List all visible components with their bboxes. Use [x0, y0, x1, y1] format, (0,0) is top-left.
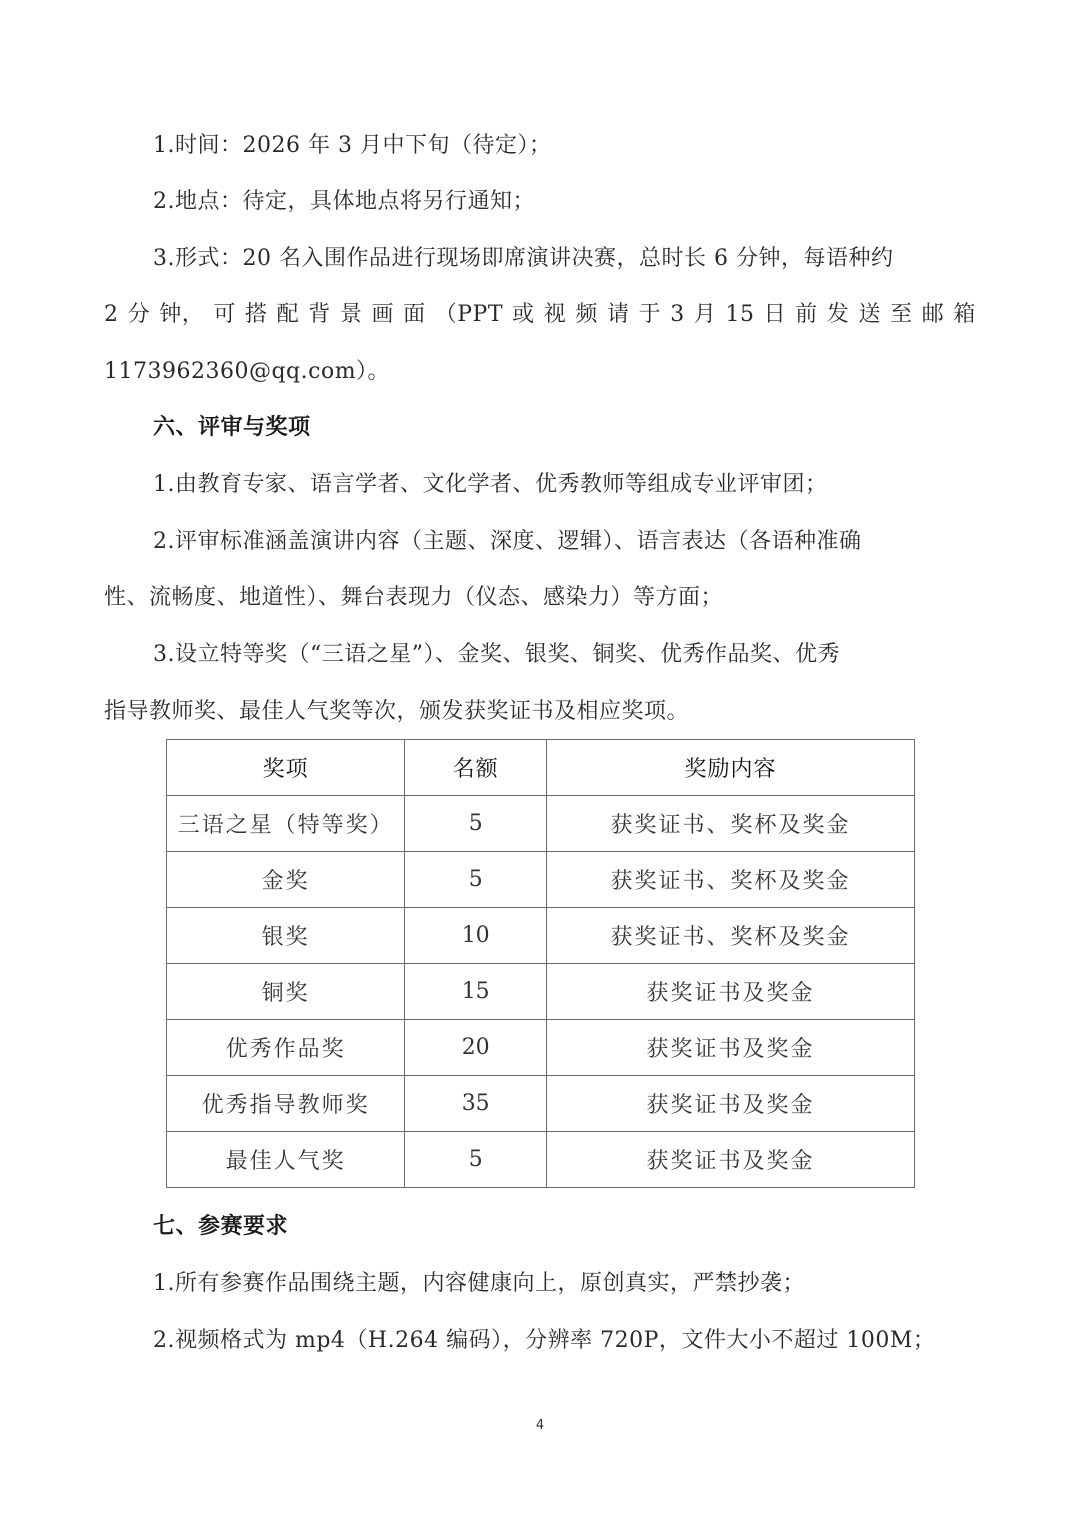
section6-heading: 六、评审与奖项: [153, 413, 311, 443]
text-fragment: 2: [104, 300, 119, 330]
table-row: 铜奖 15 获奖证书及奖金: [167, 964, 915, 1020]
award-name: 金奖: [167, 852, 405, 908]
text-fragment: （PPT: [435, 300, 503, 330]
award-quota: 5: [405, 1132, 547, 1188]
text-fragment: 前: [795, 300, 818, 330]
text-fragment: 视: [544, 300, 567, 330]
text-fragment: 月: [694, 300, 717, 330]
table-row: 三语之星（特等奖） 5 获奖证书、奖杯及奖金: [167, 796, 915, 852]
text-fragment: 15: [725, 300, 754, 330]
award-quota: 20: [405, 1020, 547, 1076]
text-fragment: 可: [213, 300, 236, 330]
award-quota: 5: [405, 796, 547, 852]
awards-table: 奖项 名额 奖励内容 三语之星（特等奖） 5 获奖证书、奖杯及奖金 金奖 5 获…: [166, 739, 915, 1188]
table-row: 最佳人气奖 5 获奖证书及奖金: [167, 1132, 915, 1188]
header-award: 奖项: [167, 740, 405, 796]
award-reward: 获奖证书及奖金: [547, 1076, 915, 1132]
award-name: 优秀作品奖: [167, 1020, 405, 1076]
text-fragment: 请: [607, 300, 630, 330]
section6-item1: 1.由教育专家、语言学者、文化学者、优秀教师等组成专业评审团；: [153, 470, 828, 500]
text-fragment: 3: [670, 300, 685, 330]
text-fragment: 面: [403, 300, 426, 330]
text-fragment: 钟，: [159, 300, 204, 330]
table-header-row: 奖项 名额 奖励内容: [167, 740, 915, 796]
text-fragment: 背: [308, 300, 331, 330]
text-fragment: 搭: [245, 300, 268, 330]
award-name: 优秀指导教师奖: [167, 1076, 405, 1132]
section7-item1: 1.所有参赛作品围绕主题，内容健康向上，原创真实，严禁抄袭；: [153, 1269, 805, 1299]
award-reward: 获奖证书及奖金: [547, 1020, 915, 1076]
schedule-time: 1.时间：2026 年 3 月中下旬（待定）；: [153, 131, 551, 161]
text-fragment: 日: [764, 300, 787, 330]
award-quota: 5: [405, 852, 547, 908]
award-reward: 获奖证书、奖杯及奖金: [547, 908, 915, 964]
section6-item3-line2: 指导教师奖、最佳人气奖等次，颁发获奖证书及相应奖项。: [104, 697, 689, 727]
section7-heading: 七、参赛要求: [153, 1212, 288, 1242]
page-number: 4: [0, 1418, 1080, 1433]
header-quota: 名额: [405, 740, 547, 796]
schedule-format-line1: 3.形式：20 名入围作品进行现场即席演讲决赛，总时长 6 分钟，每语种约: [153, 244, 893, 274]
award-name: 铜奖: [167, 964, 405, 1020]
text-fragment: 送: [858, 300, 881, 330]
section6-item2-line2: 性、流畅度、地道性）、舞台表现力（仪态、感染力）等方面；: [104, 583, 723, 613]
table-row: 银奖 10 获奖证书、奖杯及奖金: [167, 908, 915, 964]
schedule-format-line2: 2分钟，可搭配背景画面（PPT或视频请于3月15日前发送至邮箱: [104, 300, 976, 330]
award-quota: 15: [405, 964, 547, 1020]
text-fragment: 至: [890, 300, 913, 330]
award-reward: 获奖证书、奖杯及奖金: [547, 796, 915, 852]
text-fragment: 景: [340, 300, 363, 330]
text-fragment: 配: [277, 300, 300, 330]
text-fragment: 频: [575, 300, 598, 330]
award-name: 银奖: [167, 908, 405, 964]
award-reward: 获奖证书、奖杯及奖金: [547, 852, 915, 908]
award-name: 最佳人气奖: [167, 1132, 405, 1188]
award-reward: 获奖证书及奖金: [547, 1132, 915, 1188]
text-fragment: 分: [128, 300, 151, 330]
text-fragment: 于: [639, 300, 662, 330]
award-name: 三语之星（特等奖）: [167, 796, 405, 852]
text-fragment: 箱: [953, 300, 976, 330]
schedule-format-email: 1173962360@qq.com）。: [104, 357, 390, 387]
text-fragment: 邮: [922, 300, 945, 330]
table-row: 金奖 5 获奖证书、奖杯及奖金: [167, 852, 915, 908]
award-quota: 35: [405, 1076, 547, 1132]
table-row: 优秀指导教师奖 35 获奖证书及奖金: [167, 1076, 915, 1132]
section6-item2-line1: 2.评审标准涵盖演讲内容（主题、深度、逻辑）、语言表达（各语种准确: [153, 527, 862, 557]
text-fragment: 或: [512, 300, 535, 330]
header-reward: 奖励内容: [547, 740, 915, 796]
schedule-location: 2.地点：待定，具体地点将另行通知；: [153, 187, 535, 217]
table-row: 优秀作品奖 20 获奖证书及奖金: [167, 1020, 915, 1076]
section7-item2: 2.视频格式为 mp4（H.264 编码），分辨率 720P，文件大小不超过 1…: [153, 1326, 935, 1356]
award-reward: 获奖证书及奖金: [547, 964, 915, 1020]
text-fragment: 画: [371, 300, 394, 330]
section6-item3-line1: 3.设立特等奖（“三语之星”）、金奖、银奖、铜奖、优秀作品奖、优秀: [153, 640, 840, 670]
award-quota: 10: [405, 908, 547, 964]
text-fragment: 发: [827, 300, 850, 330]
